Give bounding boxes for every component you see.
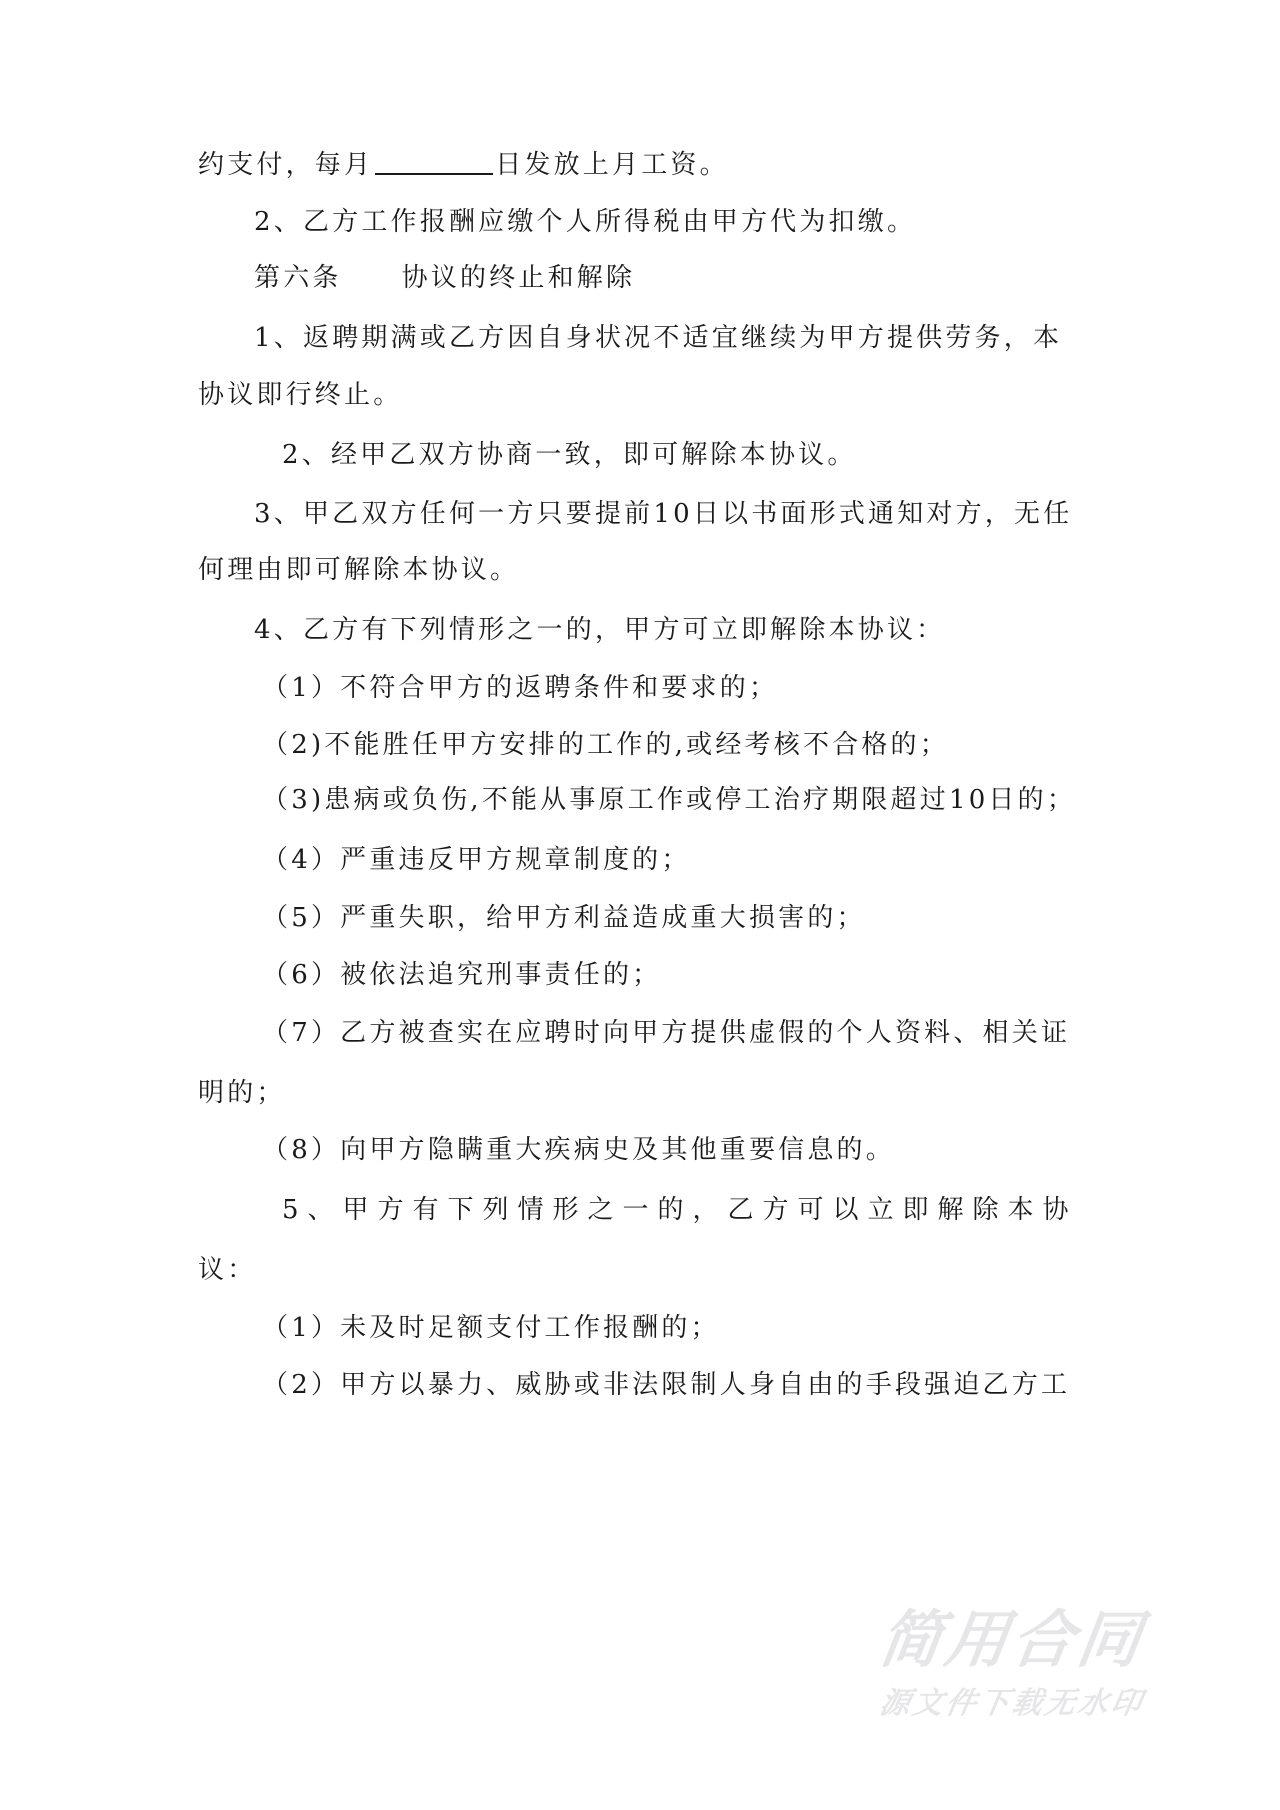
list-item: （8）向甲方隐瞒重大疾病史及其他重要信息的。 xyxy=(262,1130,1162,1170)
list-item: （5）严重失职，给甲方利益造成重大损害的； xyxy=(262,898,1162,938)
blank-day-field[interactable] xyxy=(375,145,493,175)
paragraph-line: 明的； xyxy=(198,1073,1098,1113)
watermark-tagline: 源文件下载无水印 xyxy=(877,1687,1213,1721)
list-item: （1）未及时足额支付工作报酬的； xyxy=(262,1308,1162,1348)
paragraph-line: 1、返聘期满或乙方因自身状况不适宜继续为甲方提供劳务，本 xyxy=(254,318,1154,358)
list-item: （2）甲方以暴力、威胁或非法限制人身自由的手段强迫乙方工 xyxy=(262,1365,1162,1405)
paragraph-line: 2、经甲乙双方协商一致，即可解除本协议。 xyxy=(282,435,1182,475)
list-item: （4）严重违反甲方规章制度的； xyxy=(262,840,1162,880)
line-text-pre: 约支付，每月 xyxy=(198,150,373,180)
paragraph-line-tax: 2、乙方工作报酬应缴个人所得税由甲方代为扣缴。 xyxy=(254,202,1154,242)
list-item: （7）乙方被查实在应聘时向甲方提供虚假的个人资料、相关证 xyxy=(262,1013,1162,1053)
paragraph-line: 协议即行终止。 xyxy=(198,375,1098,415)
line-text-post: 日发放上月工资。 xyxy=(495,150,729,180)
paragraph-line: 5、甲方有下列情形之一的，乙方可以立即解除本协 xyxy=(282,1190,1182,1230)
section-title: 协议的终止和解除 xyxy=(402,263,636,293)
document-page: 约支付，每月日发放上月工资。 2、乙方工作报酬应缴个人所得税由甲方代为扣缴。 第… xyxy=(0,0,1280,1810)
paragraph-line: 何理由即可解除本协议。 xyxy=(198,550,1098,590)
watermark: 简用合同 源文件下载无水印 xyxy=(880,1605,1210,1721)
list-item: （3)患病或负伤,不能从事原工作或停工治疗期限超过10日的； xyxy=(262,780,1162,820)
paragraph-line: 议： xyxy=(198,1250,1098,1290)
list-item: （1）不符合甲方的返聘条件和要求的； xyxy=(262,668,1162,708)
section-number: 第六条 xyxy=(254,263,342,293)
list-item: （2)不能胜任甲方安排的工作的,或经考核不合格的； xyxy=(262,725,1162,765)
list-item: （6）被依法追究刑事责任的； xyxy=(262,955,1162,995)
paragraph-line: 3、甲乙双方任何一方只要提前10日以书面形式通知对方，无任 xyxy=(254,494,1154,534)
paragraph-line-salary-payment: 约支付，每月日发放上月工资。 xyxy=(198,145,1098,185)
paragraph-line: 4、乙方有下列情形之一的，甲方可立即解除本协议： xyxy=(254,610,1154,650)
section-heading-article-6: 第六条协议的终止和解除 xyxy=(254,258,1154,298)
watermark-brand: 简用合同 xyxy=(875,1605,1215,1675)
